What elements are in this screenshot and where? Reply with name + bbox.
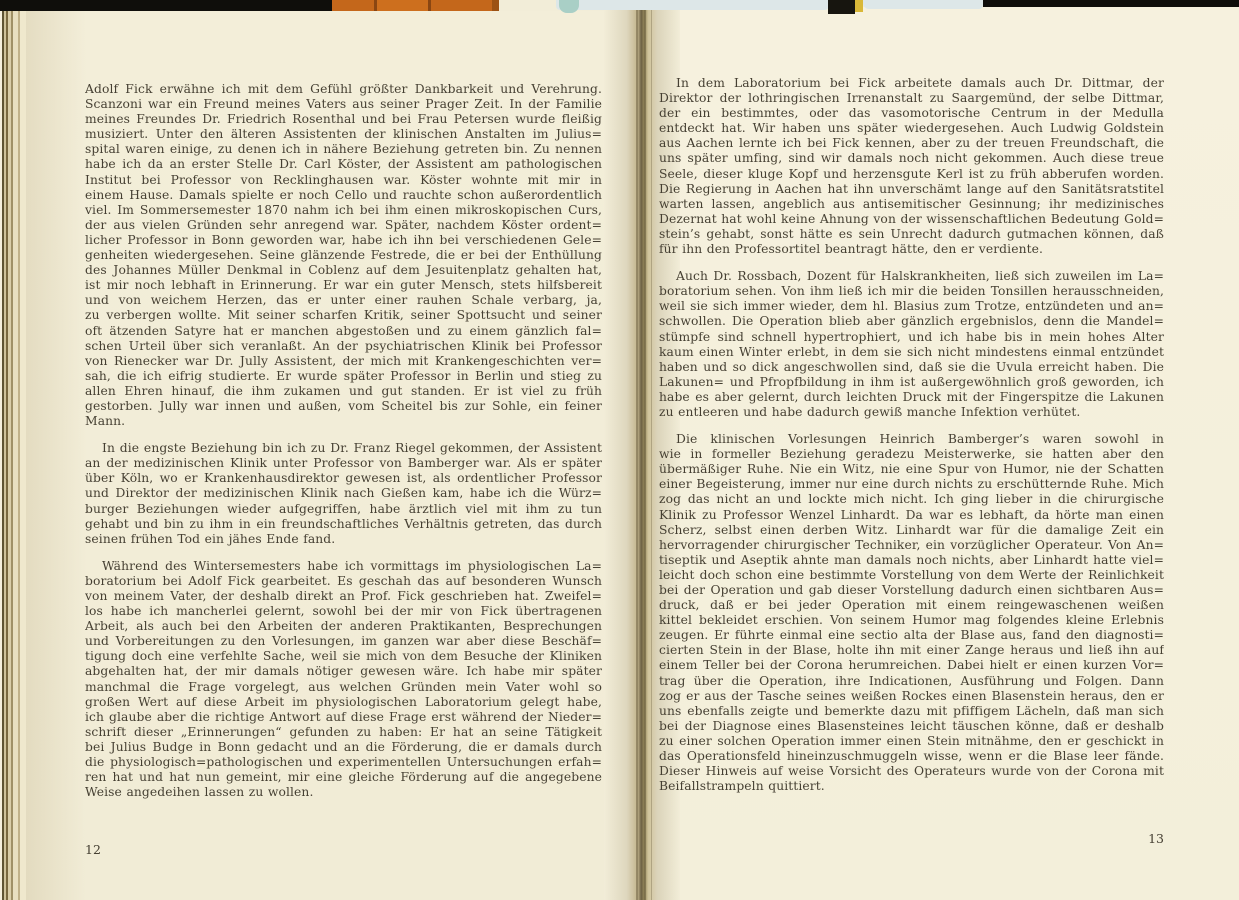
text-line: Auch Dr. Rossbach, Dozent für Halskrankh…	[659, 269, 1164, 284]
text-line: sah, die ich eifrig studierte. Er wurde …	[85, 369, 602, 384]
text-line: ist mir noch lebhaft in Erinnerung. Er w…	[85, 278, 602, 293]
text-line: seinen frühen Tod ein jähes Ende fand.	[85, 532, 602, 547]
text-line: kaum einen Winter erlebt, in dem sie sic…	[659, 345, 1164, 360]
top-edge-dark-notch	[828, 0, 855, 14]
text-line: schrift dieser „Erinnerungen“ gefunden z…	[85, 725, 602, 740]
top-edge-teal-mark	[559, 0, 579, 13]
text-line: für ihn den Professortitel beantragt hät…	[659, 242, 1164, 257]
page-number-left: 12	[85, 842, 101, 857]
text-line: manchmal die Frage vorgelegt, aus welche…	[85, 680, 602, 695]
top-edge-orange-band	[332, 0, 499, 11]
text-line: musiziert. Unter den älteren Assistenten…	[85, 127, 602, 142]
gutter-crease-line	[644, 10, 646, 900]
text-line: bei der Diagnose eines Blasensteines lei…	[659, 719, 1164, 734]
text-line: zog er aus der Tasche seines weißen Rock…	[659, 689, 1164, 704]
text-line: haben und so dick angeschwollen sind, da…	[659, 360, 1164, 375]
text-line: leicht doch schon eine bestimmte Vorstel…	[659, 568, 1164, 583]
text-line: schen Urteil über sich veranlaßt. An der…	[85, 339, 602, 354]
text-line: einem Teller bei der Corona herumreichen…	[659, 658, 1164, 673]
paragraph: In dem Laboratorium bei Fick arbeitete d…	[659, 76, 1164, 257]
text-line: tiseptik und Aseptik ahnte man damals no…	[659, 553, 1164, 568]
text-line: übermäßiger Ruhe. Nie ein Witz, nie eine…	[659, 462, 1164, 477]
text-line: von Rienecker war Dr. Jully Assistent, d…	[85, 354, 602, 369]
text-line: aus Aachen lernte ich bei Fick kennen, a…	[659, 136, 1164, 151]
text-line: schwollen. Die Operation blieb aber gänz…	[659, 314, 1164, 329]
text-line: uns ebenfalls zeigte und bemerkte dazu m…	[659, 704, 1164, 719]
text-line: Seele, dieser kluge Kopf und herzensgute…	[659, 167, 1164, 182]
text-line: allen Ehren hinauf, die ihm zukamen und …	[85, 384, 602, 399]
text-line: trag über die Operation, ihre Indication…	[659, 674, 1164, 689]
text-line: viel. Im Sommersemester 1870 nahm ich be…	[85, 203, 602, 218]
text-line: Die Regierung in Aachen hat ihn unversch…	[659, 182, 1164, 197]
text-line: Weise angedeihen lassen zu wollen.	[85, 785, 602, 800]
text-line: Klinik zu Professor Wenzel Linhardt. Da …	[659, 508, 1164, 523]
text-line: Dezernat hat wohl keine Ahnung von der w…	[659, 212, 1164, 227]
text-line: zu entleeren und habe dadurch gewiß manc…	[659, 405, 1164, 420]
top-edge-black-left	[0, 0, 332, 11]
text-line: spital waren einige, zu denen ich in näh…	[85, 142, 602, 157]
paragraph: Die klinischen Vorlesungen Heinrich Bamb…	[659, 432, 1164, 794]
text-line: boratorium sehen. Von ihm ließ ich mir d…	[659, 284, 1164, 299]
paragraph: Auch Dr. Rossbach, Dozent für Halskrankh…	[659, 269, 1164, 420]
text-line: Während des Wintersemesters habe ich vor…	[85, 559, 602, 574]
text-line: an der medizinischen Klinik unter Profes…	[85, 456, 602, 471]
text-line: Direktor der lothringischen Irrenanstalt…	[659, 91, 1164, 106]
text-line: oft ätzenden Satyre hat er manchen abges…	[85, 324, 602, 339]
text-line: burger Beziehungen wieder aufgegriffen, …	[85, 502, 602, 517]
text-line: Scherz, selbst einen derben Witz. Linhar…	[659, 523, 1164, 538]
text-line: zeugen. Er führte einmal eine sectio alt…	[659, 628, 1164, 643]
top-edge-black-right	[983, 0, 1239, 7]
text-line: der aus vielen Gründen sehr anregend war…	[85, 218, 602, 233]
text-line: der ein bestimmtes, oder das vasomotoris…	[659, 106, 1164, 121]
text-line: ren hat und hat nun gemeint, mir eine gl…	[85, 770, 602, 785]
text-line: habe es aber gelernt, durch leichten Dru…	[659, 390, 1164, 405]
text-line: stein’s gehabt, sonst hätte es sein Unre…	[659, 227, 1164, 242]
text-line: hervorragender chirurgischer Techniker, …	[659, 538, 1164, 553]
text-line: Scanzoni war ein Freund meines Vaters au…	[85, 97, 602, 112]
paragraph: Während des Wintersemesters habe ich vor…	[85, 559, 602, 801]
text-line: einer Begeisterung, immer nur eine durch…	[659, 477, 1164, 492]
page-edge-shadow	[26, 11, 86, 900]
text-line: Die klinischen Vorlesungen Heinrich Bamb…	[659, 432, 1164, 447]
book-scan: Adolf Fick erwähne ich mit dem Gefühl gr…	[0, 0, 1239, 900]
gutter-crease-line	[651, 10, 652, 900]
text-line: Institut bei Professor von Recklinghause…	[85, 173, 602, 188]
text-line: Arbeit, als auch bei den Arbeiten der an…	[85, 619, 602, 634]
text-line: licher Professor in Bonn geworden war, h…	[85, 233, 602, 248]
text-line: zu verbergen wollte. Mit seiner scharfen…	[85, 308, 602, 323]
paragraph: In die engste Beziehung bin ich zu Dr. F…	[85, 441, 602, 547]
page-left-text: Adolf Fick erwähne ich mit dem Gefühl gr…	[85, 82, 602, 800]
text-line: gehabt und bin zu ihm in ein freundschaf…	[85, 517, 602, 532]
top-edge-yellow-sliver	[855, 0, 863, 12]
text-line: cierten Stein in der Blase, holte ihn mi…	[659, 643, 1164, 658]
text-line: tigung doch eine verfehlte Sache, weil s…	[85, 649, 602, 664]
text-line: zu einer solchen Operation immer einen S…	[659, 734, 1164, 749]
text-line: meines Freundes Dr. Friedrich Rosenthal …	[85, 112, 602, 127]
gutter-crease-line	[636, 10, 638, 900]
text-line: abgehalten hat, der mir damals nötiger g…	[85, 664, 602, 679]
top-edge-blue-left	[556, 0, 830, 10]
text-line: uns später umfing, sind wir damals noch …	[659, 151, 1164, 166]
text-line: druck, daß er bei jeder Operation mit ei…	[659, 598, 1164, 613]
text-line: von meinem Vater, der deshalb direkt an …	[85, 589, 602, 604]
text-line: habe ich da an erster Stelle Dr. Carl Kö…	[85, 157, 602, 172]
text-line: des Johannes Müller Denkmal in Coblenz a…	[85, 263, 602, 278]
text-line: großen Wert auf diese Arbeit im physiolo…	[85, 695, 602, 710]
page-number-right: 13	[659, 831, 1164, 846]
text-line: Adolf Fick erwähne ich mit dem Gefühl gr…	[85, 82, 602, 97]
top-edge-blue-right	[863, 0, 983, 9]
text-line: In dem Laboratorium bei Fick arbeitete d…	[659, 76, 1164, 91]
text-line: weil sie sich immer wieder, dem hl. Blas…	[659, 299, 1164, 314]
text-line: über Köln, wo er Krankenhausdirektor gew…	[85, 471, 602, 486]
text-line: die physiologisch=pathologischen und exp…	[85, 755, 602, 770]
text-line: entdeckt hat. Wir haben uns später wiede…	[659, 121, 1164, 136]
text-line: und Vorbereitungen zu den Vorlesungen, i…	[85, 634, 602, 649]
text-line: gestorben. Jully war innen und außen, vo…	[85, 399, 602, 414]
page-edge-stack	[0, 11, 26, 900]
text-line: genheiten wiedergesehen. Seine glänzende…	[85, 248, 602, 263]
text-line: stümpfe sind schnell hypertrophiert, und…	[659, 330, 1164, 345]
paragraph: Adolf Fick erwähne ich mit dem Gefühl gr…	[85, 82, 602, 429]
text-line: einem Hause. Damals spielte er noch Cell…	[85, 188, 602, 203]
text-line: boratorium bei Adolf Fick gearbeitet. Es…	[85, 574, 602, 589]
text-line: bei der Operation und gab dieser Vorstel…	[659, 583, 1164, 598]
text-line: Beifallstrampeln quittiert.	[659, 779, 1164, 794]
text-line: wie in formeller Beziehung geradezu Meis…	[659, 447, 1164, 462]
text-line: kittel bekleidet erschien. Von seinem Hu…	[659, 613, 1164, 628]
text-line: In die engste Beziehung bin ich zu Dr. F…	[85, 441, 602, 456]
text-line: ich glaube aber die richtige Antwort auf…	[85, 710, 602, 725]
text-line: Lakunen= und Pfropfbildung in ihm ist au…	[659, 375, 1164, 390]
text-line: Mann.	[85, 414, 602, 429]
text-line: bei Julius Budge in Bonn gedacht und an …	[85, 740, 602, 755]
text-line: das Operationsfeld hineinzuschmuggeln wi…	[659, 749, 1164, 764]
text-line: und Direktor der medizinischen Klinik na…	[85, 486, 602, 501]
text-line: und von weichem Herzen, das er unter ein…	[85, 293, 602, 308]
page-right-text: In dem Laboratorium bei Fick arbeitete d…	[659, 76, 1164, 794]
text-line: los habe ich mancherlei gelernt, sowohl …	[85, 604, 602, 619]
text-line: warten lassen, angeblich aus antisemitis…	[659, 197, 1164, 212]
text-line: Dieser Hinweis auf weise Vorsicht des Op…	[659, 764, 1164, 779]
text-line: zog das nicht an und lockte mich nicht. …	[659, 492, 1164, 507]
